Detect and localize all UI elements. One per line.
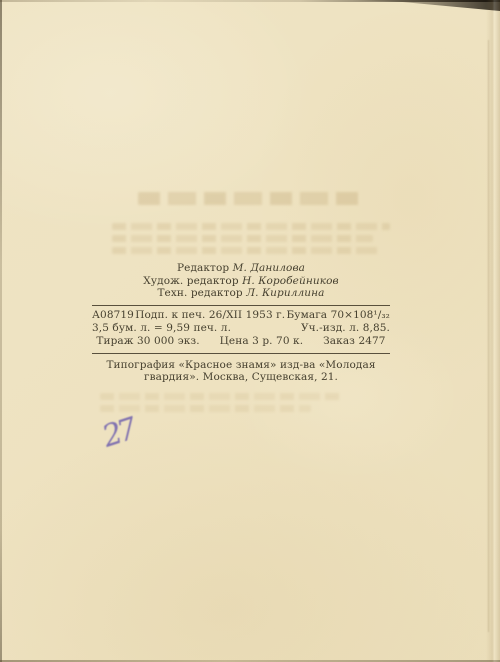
printer-block: Типография «Красное знамя» изд-ва «Молод… — [92, 359, 390, 384]
page-crease-line — [488, 40, 489, 632]
printer-line-2: гвардия». Москва, Сущевская, 21. — [92, 371, 390, 384]
show-through-line — [112, 223, 390, 230]
show-through-line — [100, 393, 340, 400]
imprint-block: А08719 Подп. к печ. 26/XII 1953 г. Бумаг… — [92, 309, 390, 348]
editor-role: Худож. редактор — [143, 275, 238, 287]
editor-name: М. Данилова — [233, 262, 305, 274]
colophon-block: Редактор М. Данилова Худож. редактор Н. … — [92, 262, 390, 384]
editor-line: Редактор М. Данилова — [92, 262, 390, 275]
editor-name: Л. Кириллина — [246, 287, 324, 299]
sheet-volume: 3,5 бум. л. = 9,59 печ. л. — [92, 322, 231, 335]
printer-line-1: Типография «Красное знамя» изд-ва «Молод… — [92, 359, 390, 372]
editor-name: Н. Коробейников — [242, 275, 339, 287]
scanned-page: { "colophon": { "editors": [ { "role": "… — [0, 0, 500, 662]
imprint-row-2: 3,5 бум. л. = 9,59 печ. л. Уч.-изд. л. 8… — [92, 322, 390, 335]
production-code: А08719 — [92, 309, 134, 322]
price: Цена 3 р. 70 к. — [220, 335, 303, 348]
show-through-line — [100, 405, 311, 412]
horizontal-rule-top — [92, 305, 390, 306]
editors-block: Редактор М. Данилова Худож. редактор Н. … — [92, 262, 390, 300]
accounting-volume: Уч.-изд. л. 8,85. — [301, 322, 390, 335]
show-through-lower — [100, 388, 340, 412]
imprint-row-1: А08719 Подп. к печ. 26/XII 1953 г. Бумаг… — [92, 309, 390, 322]
editor-line: Техн. редактор Л. Кириллина — [92, 287, 390, 300]
show-through-line — [112, 247, 382, 254]
editor-role: Техн. редактор — [157, 287, 242, 299]
paper-format: Бумага 70×108¹/₃₂ — [286, 309, 390, 322]
show-through-paragraph — [112, 218, 390, 254]
editor-role: Редактор — [177, 262, 229, 274]
show-through-heading — [138, 192, 363, 205]
page-edge-left — [0, 0, 2, 662]
horizontal-rule-bottom — [92, 353, 390, 354]
imprint-row-3: Тираж 30 000 экз. Цена 3 р. 70 к. Заказ … — [92, 335, 390, 348]
show-through-line — [112, 235, 373, 242]
order-number: Заказ 2477 — [323, 335, 385, 348]
show-through-heading-line — [138, 192, 363, 205]
handwritten-mark: 27 — [98, 412, 138, 455]
editor-line: Худож. редактор Н. Коробейников — [92, 275, 390, 288]
signed-to-print: Подп. к печ. 26/XII 1953 г. — [135, 309, 285, 322]
print-run: Тираж 30 000 экз. — [96, 335, 199, 348]
